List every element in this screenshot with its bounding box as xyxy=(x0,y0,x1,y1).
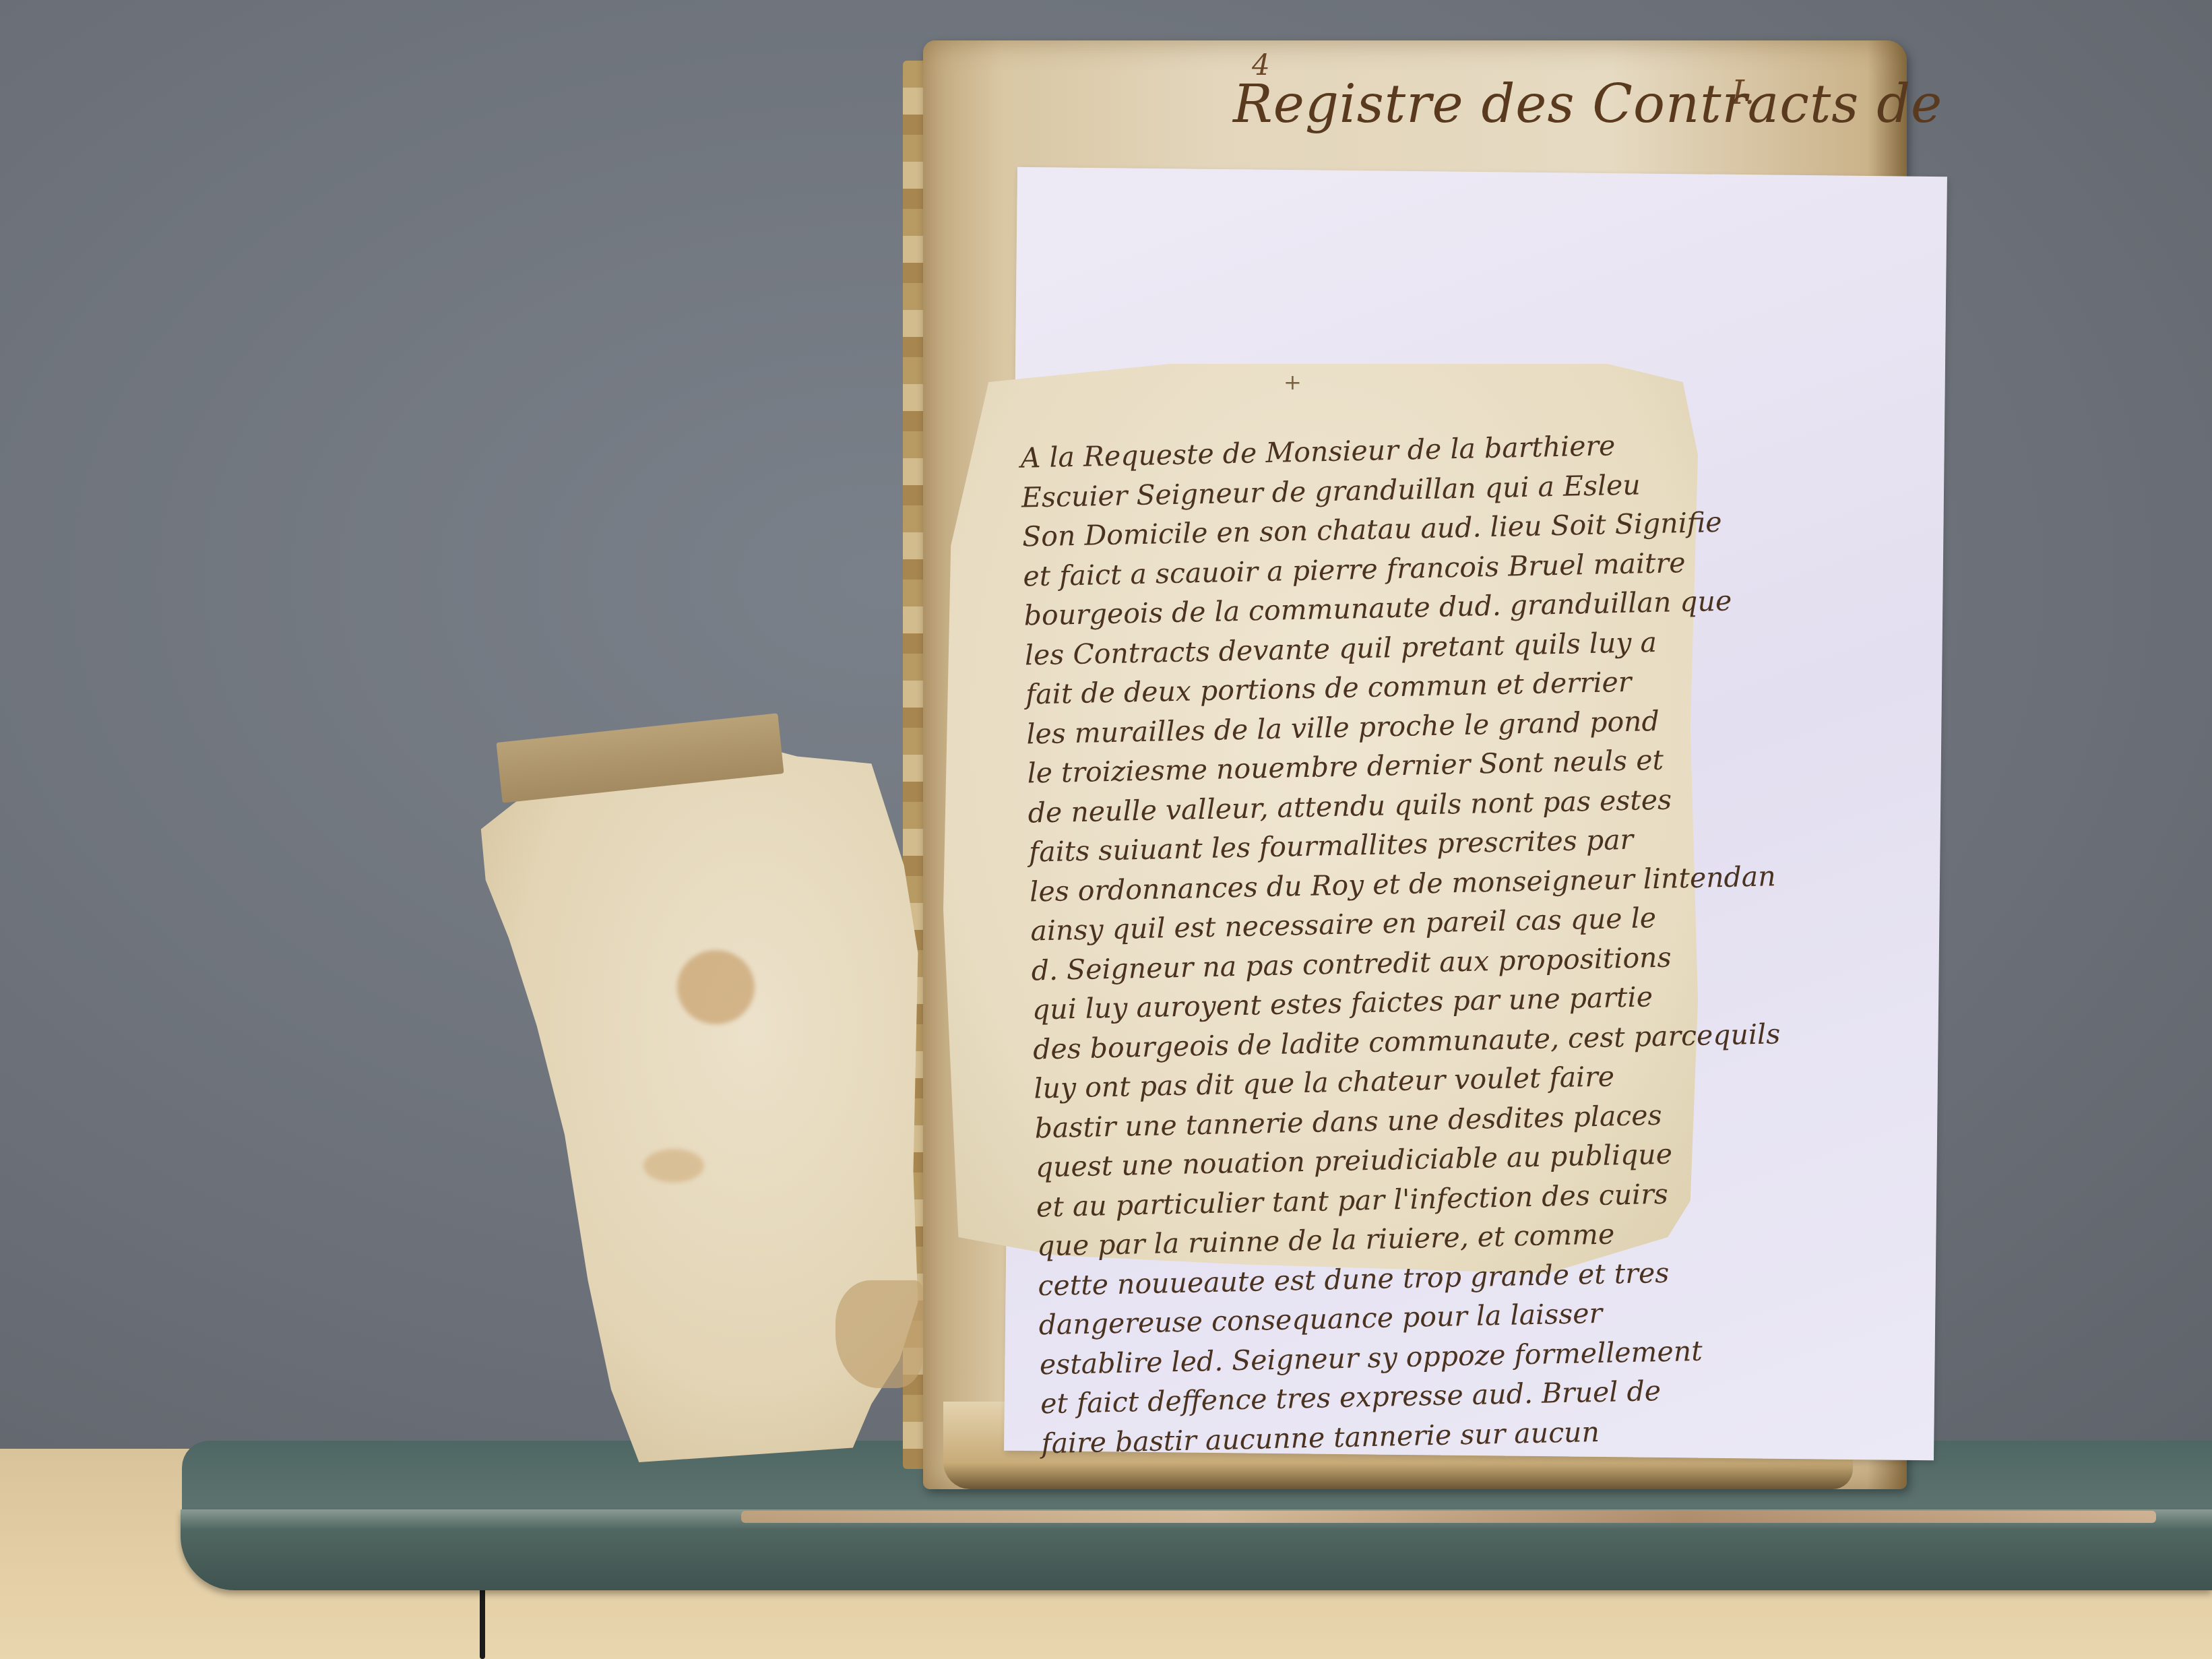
water-stain xyxy=(677,950,755,1024)
water-stain xyxy=(643,1149,704,1183)
letter-top-mark: + xyxy=(1284,369,1302,395)
shelf-edge-tape xyxy=(741,1511,2156,1523)
fragment-folded-corner xyxy=(835,1280,923,1388)
register-title: Registre des Contracts de xyxy=(1233,74,1942,135)
letter-text: A la Requeste de Monsieur de la barthier… xyxy=(1020,425,1715,1464)
